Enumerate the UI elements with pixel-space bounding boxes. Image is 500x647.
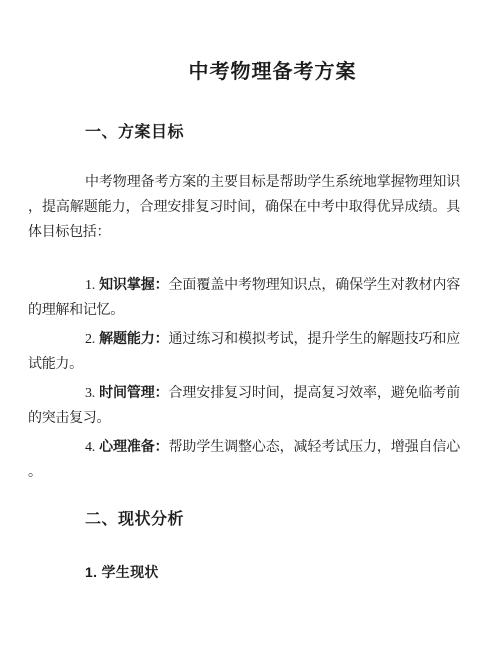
section-heading-plan-goals: 一、方案目标 (85, 120, 460, 145)
subsection-heading-student-status: 1. 学生现状 (85, 560, 460, 585)
intro-paragraph: 中考物理备考方案的主要目标是帮助学生系统地掌握物理知识，提高解题能力，合理安排复… (28, 170, 460, 245)
goal-item-time-management: 3.时间管理：合理安排复习时间，提高复习效率，避免临考前的突击复习。 (28, 381, 460, 431)
document-page: 中考物理备考方案 一、方案目标 中考物理备考方案的主要目标是帮助学生系统地掌握物… (0, 0, 500, 647)
goal-number: 1. (85, 278, 95, 293)
goal-number: 3. (85, 386, 95, 401)
goal-label: 解题能力： (99, 332, 169, 347)
section-heading-status-analysis: 二、现状分析 (85, 507, 460, 532)
goal-item-problem-solving: 2.解题能力：通过练习和模拟考试，提升学生的解题技巧和应试能力。 (28, 327, 460, 377)
goal-number: 4. (85, 440, 95, 455)
goal-number: 2. (85, 332, 95, 347)
goal-list: 1.知识掌握：全面覆盖中考物理知识点，确保学生对教材内容的理解和记忆。 2.解题… (28, 273, 460, 485)
document-title: 中考物理备考方案 (28, 56, 460, 88)
goal-item-knowledge: 1.知识掌握：全面覆盖中考物理知识点，确保学生对教材内容的理解和记忆。 (28, 273, 460, 323)
goal-label: 知识掌握： (99, 278, 169, 293)
goal-item-mental-preparation: 4.心理准备：帮助学生调整心态，减轻考试压力，增强自信心。 (28, 435, 460, 485)
goal-label: 心理准备： (99, 440, 169, 455)
goal-label: 时间管理： (99, 386, 169, 401)
